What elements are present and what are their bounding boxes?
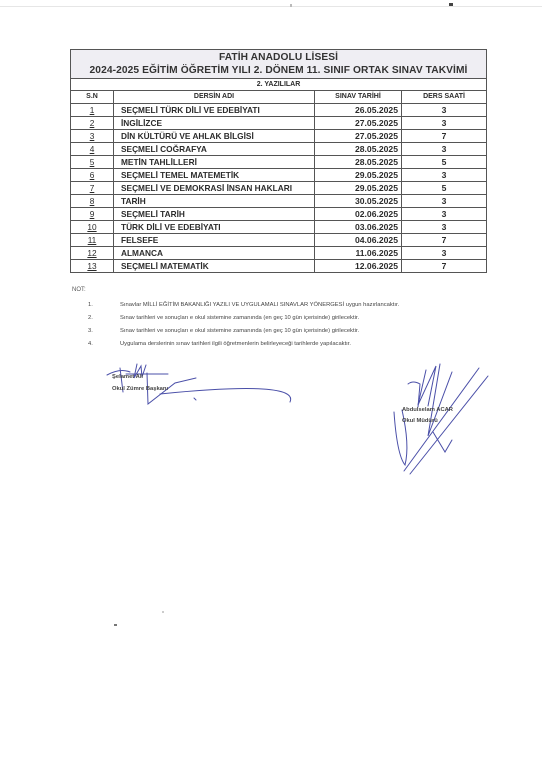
signature-drawings — [0, 0, 542, 768]
scan-speck — [114, 624, 117, 626]
signatory-left-name: Şelamet Ali — [112, 371, 168, 383]
signatory-left-role: Okul Zümre Başkanı — [112, 383, 168, 395]
signatory-right-name: Abdulselam ACAR — [402, 405, 453, 416]
scan-speck — [162, 611, 164, 613]
signature-right: Abdulselam ACAR Okul Müdürü — [402, 405, 453, 427]
signature-left: Şelamet Ali Okul Zümre Başkanı — [112, 371, 168, 395]
signatory-right-role: Okul Müdürü — [402, 416, 453, 427]
